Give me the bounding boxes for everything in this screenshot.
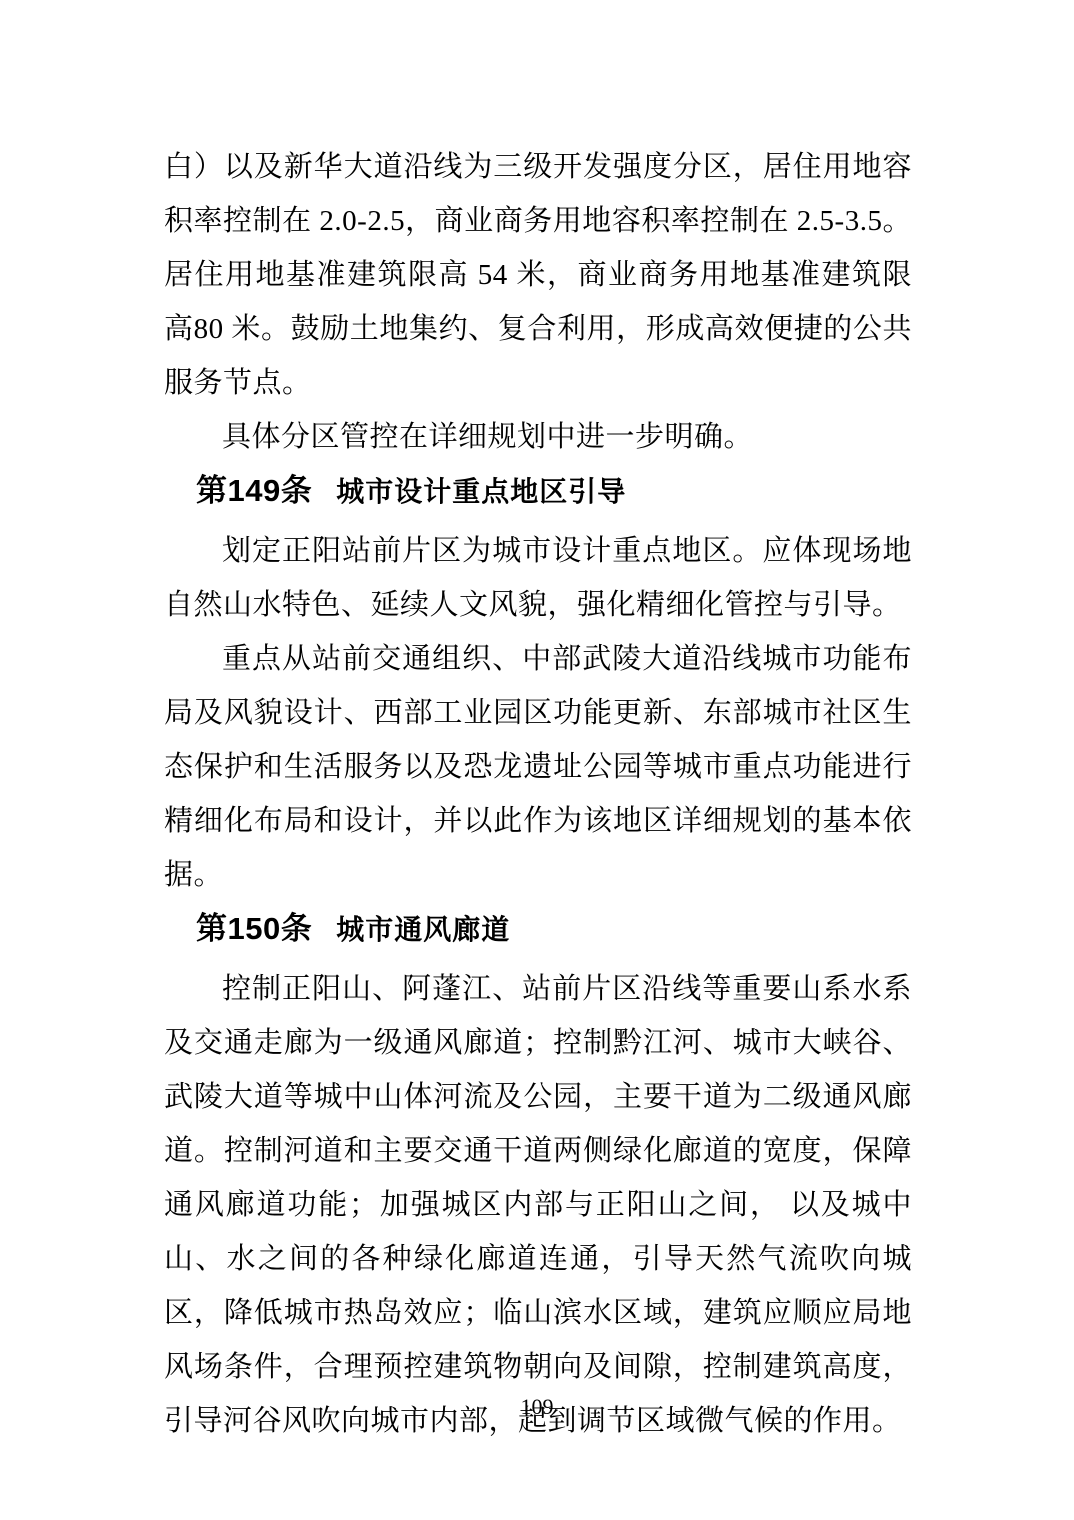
page-number: 109 — [0, 1392, 1074, 1422]
article-heading-150: 第150条 城市通风廊道 — [164, 902, 912, 962]
document-body: 白）以及新华大道沿线为三级开发强度分区，居住用地容积率控制在 2.0-2.5，商… — [164, 140, 912, 1448]
article-number-150: 第150条 — [196, 911, 312, 946]
paragraph-ventilation-corridors: 控制正阳山、阿蓬江、站前片区沿线等重要山系水系及交通走廊为一级通风廊道；控制黔江… — [164, 962, 912, 1448]
paragraph-zoning-control-note: 具体分区管控在详细规划中进一步明确。 — [164, 410, 912, 464]
article-heading-149: 第149条 城市设计重点地区引导 — [164, 464, 912, 524]
paragraph-key-design-area: 划定正阳站前片区为城市设计重点地区。应体现场地自然山水特色、延续人文风貌，强化精… — [164, 524, 912, 632]
article-title-149: 城市设计重点地区引导 — [336, 477, 626, 508]
article-number-149: 第149条 — [196, 473, 312, 508]
paragraph-key-functions-detail: 重点从站前交通组织、中部武陵大道沿线城市功能布局及风貌设计、西部工业园区功能更新… — [164, 632, 912, 902]
paragraph-development-intensity: 白）以及新华大道沿线为三级开发强度分区，居住用地容积率控制在 2.0-2.5，商… — [164, 140, 912, 410]
article-title-150: 城市通风廊道 — [336, 915, 510, 946]
document-page: 白）以及新华大道沿线为三级开发强度分区，居住用地容积率控制在 2.0-2.5，商… — [0, 0, 1074, 1520]
